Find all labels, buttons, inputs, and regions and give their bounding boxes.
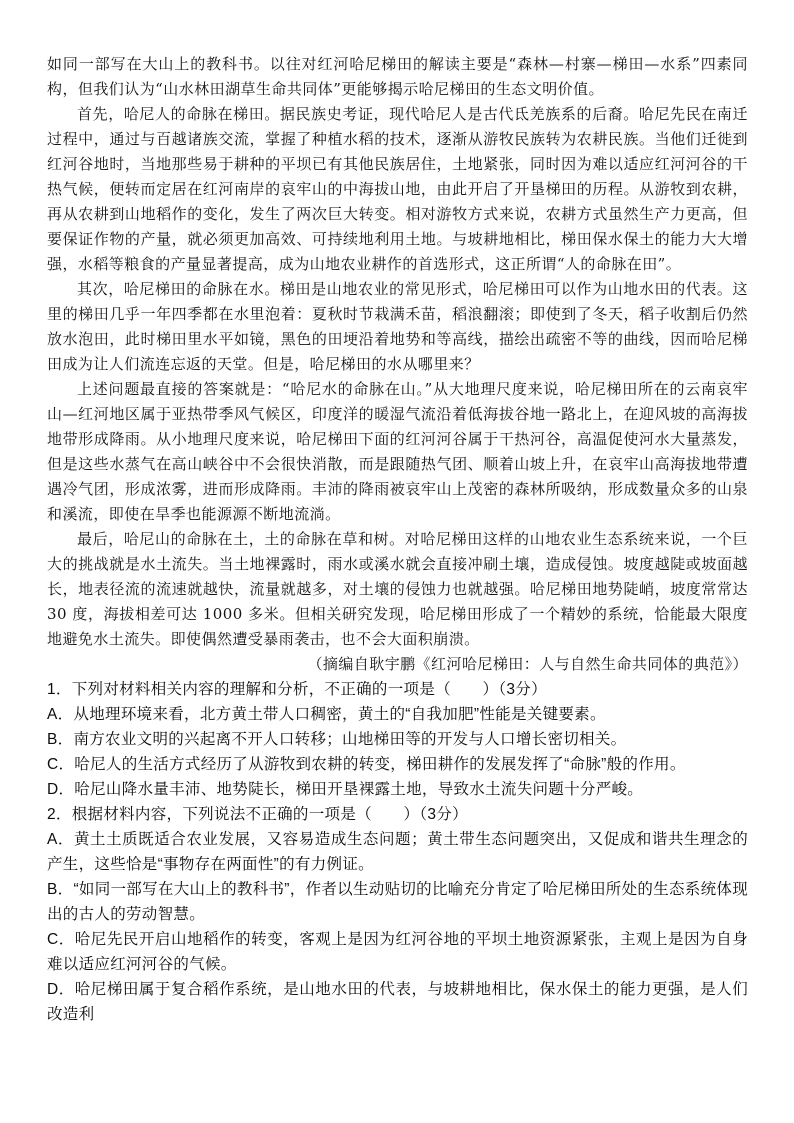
question-2: 2．根据材料内容，下列说法不正确的一项是（ ）（3分） A．黄土土质既适合农业发… xyxy=(47,802,748,1027)
question-2-option-a: A．黄土土质既适合农业发展，又容易造成生态问题；黄土带生态问题突出，又促成和谐共… xyxy=(47,827,748,877)
question-1-option-b: B．南方农业文明的兴起离不开人口转移；山地梯田等的开发与人口增长密切相关。 xyxy=(47,727,748,752)
exam-page: 如同一部写在大山上的教科书。以往对红河哈尼梯田的解读主要是“森林—村寨—梯田—水… xyxy=(0,0,794,1123)
question-1-option-c: C．哈尼人的生活方式经历了从游牧到农耕的转变，梯田耕作的发展发挥了“命脉”般的作… xyxy=(47,752,748,777)
passage-paragraph-first: 首先，哈尼人的命脉在梯田。据民族史考证，现代哈尼人是古代氐羌族系的后裔。哈尼先民… xyxy=(47,102,748,277)
reading-passage: 如同一部写在大山上的教科书。以往对红河哈尼梯田的解读主要是“森林—村寨—梯田—水… xyxy=(47,52,748,677)
passage-attribution: （摘编自耿宇鹏《红河哈尼梯田：人与自然生命共同体的典范》） xyxy=(47,652,748,677)
passage-paragraph-second: 其次，哈尼梯田的命脉在水。梯田是山地农业的常见形式，哈尼梯田可以作为山地水田的代… xyxy=(47,277,748,377)
questions-section: 1．下列对材料相关内容的理解和分析，不正确的一项是（ ）（3分） A．从地理环境… xyxy=(47,677,748,1027)
question-2-stem: 2．根据材料内容，下列说法不正确的一项是（ ）（3分） xyxy=(47,802,748,827)
passage-paragraph-continuation: 如同一部写在大山上的教科书。以往对红河哈尼梯田的解读主要是“森林—村寨—梯田—水… xyxy=(47,52,748,102)
question-2-option-d: D．哈尼梯田属于复合稻作系统，是山地水田的代表，与坡耕地相比，保水保土的能力更强… xyxy=(47,977,748,1027)
passage-paragraph-third: 上述问题最直接的答案就是：“哈尼水的命脉在山。”从大地理尺度来说，哈尼梯田所在的… xyxy=(47,377,748,527)
passage-paragraph-fourth: 最后，哈尼山的命脉在土，土的命脉在草和树。对哈尼梯田这样的山地农业生态系统来说，… xyxy=(47,527,748,652)
question-1: 1．下列对材料相关内容的理解和分析，不正确的一项是（ ）（3分） A．从地理环境… xyxy=(47,677,748,802)
question-2-option-b: B．“如同一部写在大山上的教科书”，作者以生动贴切的比喻充分肯定了哈尼梯田所处的… xyxy=(47,877,748,927)
question-1-stem: 1．下列对材料相关内容的理解和分析，不正确的一项是（ ）（3分） xyxy=(47,677,748,702)
question-1-option-d: D．哈尼山降水量丰沛、地势陡长，梯田开垦裸露土地，导致水土流失问题十分严峻。 xyxy=(47,777,748,802)
question-2-option-c: C．哈尼先民开启山地稻作的转变，客观上是因为红河谷地的平坝土地资源紧张，主观上是… xyxy=(47,927,748,977)
question-1-option-a: A．从地理环境来看，北方黄土带人口稠密，黄土的“自我加肥”性能是关键要素。 xyxy=(47,702,748,727)
